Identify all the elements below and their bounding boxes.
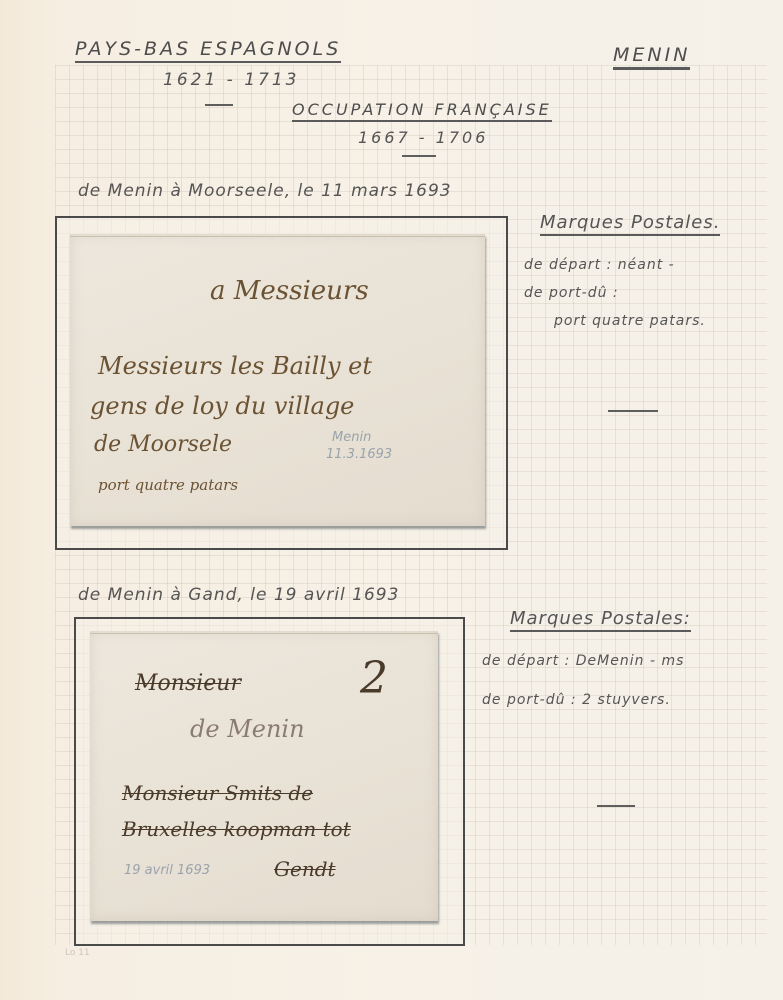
rate-note: 2 (360, 653, 388, 704)
entire-letter: Monsieur 2 de Menin Monsieur Smits de Br… (90, 631, 438, 921)
pencil-note: Menin (332, 430, 371, 445)
town-title: MENIN (613, 44, 690, 66)
postage-due-label: de port-dû : (524, 285, 619, 301)
occupation-title: OCCUPATION FRANÇAISE (292, 100, 552, 119)
cover-frame: a Messieurs Messieurs les Bailly et gens… (55, 216, 508, 550)
postal-marks-title: Marques Postales: (510, 608, 691, 629)
postage-due-value: port quatre patars. (554, 313, 706, 329)
cover-caption: de Menin à Moorseele, le 11 mars 1693 (78, 181, 452, 201)
fold-line (70, 236, 485, 237)
fold-line (90, 633, 438, 634)
cover-frame: Monsieur 2 de Menin Monsieur Smits de Br… (74, 617, 465, 946)
address-line: Gendt (274, 857, 336, 881)
cover-caption: de Menin à Gand, le 19 avril 1693 (78, 585, 399, 605)
region-title: PAYS-BAS ESPAGNOLS (75, 38, 341, 60)
departure-postmark: de Menin (190, 715, 305, 743)
pencil-note: 11.3.1693 (326, 447, 392, 462)
divider-rule (608, 410, 658, 412)
address-line: Bruxelles koopman tot (122, 817, 351, 841)
address-line: de Moorsele (94, 432, 232, 457)
address-line: a Messieurs (210, 276, 369, 306)
departure-mark: de départ : néant - (524, 257, 675, 273)
region-years: 1621 - 1713 (163, 70, 299, 90)
occupation-years: 1667 - 1706 (358, 128, 488, 147)
postage-due-mark: de port-dû : 2 stuyvers. (482, 692, 671, 708)
page-mark: Lo 11 (65, 948, 90, 958)
postal-marks-title: Marques Postales. (540, 212, 720, 233)
divider-rule (402, 155, 436, 157)
departure-mark: de départ : DeMenin - ms (482, 653, 684, 669)
pencil-note: 19 avril 1693 (124, 863, 210, 878)
address-line: gens de loy du village (90, 392, 354, 420)
address-line: Monsieur Smits de (122, 781, 313, 805)
address-line: Messieurs les Bailly et (98, 352, 372, 380)
divider-rule (205, 104, 233, 106)
rate-note: port quatre patars (98, 476, 238, 494)
divider-rule (597, 805, 635, 807)
address-line: Monsieur (135, 671, 241, 696)
entire-letter: a Messieurs Messieurs les Bailly et gens… (70, 234, 485, 526)
